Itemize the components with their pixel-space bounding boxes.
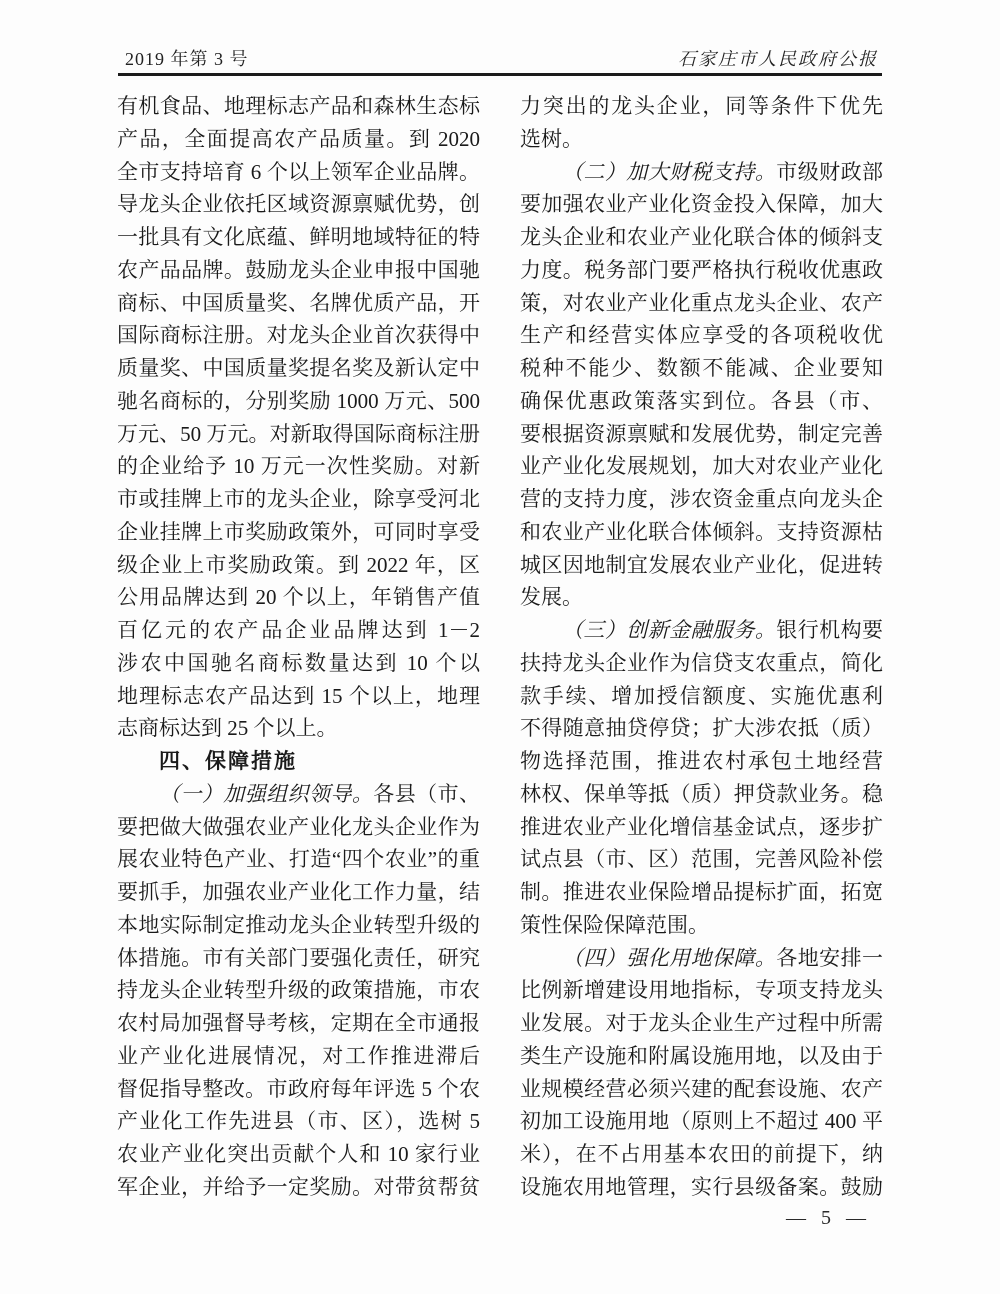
text-line: 涉农中国驰名商标数量达到 10 个以上，	[117, 647, 480, 680]
text-segment-song: 一批具有文化底蕴、鲜明地域特征的特色	[117, 225, 480, 254]
text-line: 的企业给予 10 万元一次性奖励。对新上	[117, 450, 480, 483]
text-line: 志商标达到 25 个以上。	[117, 712, 480, 745]
text-segment-song: 公用品牌达到 20 个以上，年销售产值超	[117, 585, 480, 614]
text-line: 林权、保单等抵（质）押贷款业务。稳步	[520, 778, 883, 811]
text-line: 力突出的龙头企业，同等条件下优先	[520, 90, 883, 123]
page-number: — 5 —	[786, 1207, 871, 1230]
text-segment-song: 比例新增建设用地指标，专项支持龙头企	[520, 978, 883, 1007]
text-line: 全市支持培育 6 个以上领军企业品牌。引	[117, 156, 480, 189]
text-segment-kai: （二）加大财税支持。	[562, 160, 776, 184]
text-line: 农村局加强督导考核，定期在全市通报农	[117, 1007, 480, 1040]
text-line: 体措施。市有关部门要强化责任，研究支	[117, 942, 480, 975]
text-segment-song: 商标、中国质量奖、名牌优质产品，开展	[117, 291, 480, 320]
text-segment-song: 设施农用地管理，实行县级备案。鼓励龙	[520, 1175, 883, 1204]
header-rule	[118, 73, 882, 76]
text-segment-song: 有机食品、地理标志产品和森林生态标志	[117, 94, 480, 123]
text-line: 发展。	[520, 581, 883, 614]
text-line: 农业产业化突出贡献个人和 10 家行业领	[117, 1138, 480, 1171]
text-segment-song: 级企业上市奖励政策。到 2022 年，区域	[117, 553, 480, 582]
issue-number: 2019 年第 3 号	[118, 48, 249, 70]
text-segment-song: 涉农中国驰名商标数量达到 10 个以上，	[117, 651, 480, 680]
text-line: 营的支持力度，涉农资金重点向龙头企业	[520, 483, 883, 516]
text-line: 百亿元的农产品企业品牌达到 1－2 个，	[117, 614, 480, 647]
text-line: 驰名商标的，分别奖励 1000 万元、500	[117, 385, 480, 418]
text-segment-song: 万元、50 万元。对新取得国际商标注册	[117, 422, 480, 446]
text-segment-song: 国际商标注册。对龙头企业首次获得中国	[117, 323, 480, 352]
text-segment-song: 要把做大做强农业产业化龙头企业作为发	[117, 815, 480, 844]
text-segment-song: 展农业特色产业、打造“四个农业”的重	[117, 847, 480, 871]
text-segment-song: 农村局加强督导考核，定期在全市通报农	[117, 1011, 480, 1040]
text-line: 业发展。对于龙头企业生产过程中所需各	[520, 1007, 883, 1040]
text-line: （一）加强组织领导。各县（市、区）	[117, 778, 480, 811]
text-segment-song: 不得随意抽贷停贷；扩大涉农抵（质）押	[520, 716, 883, 745]
text-segment-song: 企业挂牌上市奖励政策外，可同时享受市	[117, 520, 480, 549]
text-segment-song: 持龙头企业转型升级的政策措施，市农业	[117, 978, 480, 1007]
text-line: 要把做大做强农业产业化龙头企业作为发	[117, 811, 480, 844]
text-line: 有机食品、地理标志产品和森林生态标志	[117, 90, 480, 123]
text-segment-song: 农业产业化突出贡献个人和 10 家行业领	[117, 1142, 480, 1171]
text-line: 国际商标注册。对龙头企业首次获得中国	[117, 319, 480, 352]
text-segment-song: 制。推进农业保险增品提标扩面，拓宽政	[520, 880, 883, 909]
text-segment-song: 和农业产业化联合体倾斜。支持资源枯竭	[520, 520, 883, 549]
text-segment-song: 要抓手，加强农业产业化工作力量，结合	[117, 880, 480, 909]
text-line: 军企业，并给予一定奖励。对带贫帮贫能	[117, 1171, 480, 1204]
text-line: 本地实际制定推动龙头企业转型升级的具	[117, 909, 480, 942]
text-segment-song: 督促指导整改。市政府每年评选 5 个农业	[117, 1077, 480, 1106]
text-segment-song: 产品，全面提高农产品质量。到 2020 年，	[117, 127, 480, 156]
text-line: 生产和经营实体应享受的各项税收优惠，	[520, 319, 883, 352]
text-segment-song: 市或挂牌上市的龙头企业，除享受河北省	[117, 487, 480, 516]
text-segment-song: 业规模经营必须兴建的配套设施、农产品	[520, 1077, 883, 1106]
text-line: 不得随意抽贷停贷；扩大涉农抵（质）押	[520, 712, 883, 745]
text-line: 物选择范围，推进农村承包土地经营权、	[520, 745, 883, 778]
text-segment-song: 城区因地制宜发展农业产业化，促进转型	[520, 553, 883, 582]
text-segment-song: 产业化工作先进县（市、区），选树 5 个	[117, 1109, 480, 1138]
text-line: 展农业特色产业、打造“四个农业”的重	[117, 843, 480, 876]
text-segment-song: 体措施。市有关部门要强化责任，研究支	[117, 946, 480, 975]
text-line: 制。推进农业保险增品提标扩面，拓宽政	[520, 876, 883, 909]
text-segment-kai: （一）加强组织领导。	[159, 782, 373, 806]
text-line: 业产业化发展规划，加大对农业产业化经	[520, 450, 883, 483]
text-line: 督促指导整改。市政府每年评选 5 个农业	[117, 1073, 480, 1106]
text-segment-song: 税种不能少、数额不能减、企业要知情，	[520, 356, 883, 385]
text-segment-song: 类生产设施和附属设施用地，以及由于农	[520, 1044, 883, 1073]
text-segment-song: 业产业化发展规划，加大对农业产业化经	[520, 454, 883, 483]
text-line: 要抓手，加强农业产业化工作力量，结合	[117, 876, 480, 909]
text-line: 一批具有文化底蕴、鲜明地域特征的特色	[117, 221, 480, 254]
text-line: 设施农用地管理，实行县级备案。鼓励龙	[520, 1171, 883, 1204]
text-segment-song: 物选择范围，推进农村承包土地经营权、	[520, 749, 883, 778]
text-line: 持龙头企业转型升级的政策措施，市农业	[117, 974, 480, 1007]
text-segment-song: 要根据资源禀赋和发展优势，制定完善农	[520, 422, 883, 451]
text-segment-song: 策，对农业产业化重点龙头企业、农产品	[520, 291, 883, 320]
text-line: 力度。税务部门要严格执行税收优惠政	[520, 254, 883, 287]
text-segment-song: 确保优惠政策落实到位。各县（市、区）	[520, 389, 883, 418]
text-line: 推进农业产业化增信基金试点，逐步扩大	[520, 811, 883, 844]
text-line: 要根据资源禀赋和发展优势，制定完善农	[520, 418, 883, 451]
text-segment-song: 志商标达到 25 个以上。	[117, 716, 338, 740]
text-line: （三）创新金融服务。银行机构要把	[520, 614, 883, 647]
text-line: 试点县（市、区）范围，完善风险补偿机	[520, 843, 883, 876]
gazette-title: 石家庄市人民政府公报	[678, 48, 882, 70]
text-line: （四）强化用地保障。各地安排一定	[520, 942, 883, 975]
text-line: 策性保险保障范围。	[520, 909, 883, 942]
text-segment-kai: （三）创新金融服务。	[562, 618, 776, 642]
text-line: 初加工设施用地（原则上不超过 400 平方	[520, 1105, 883, 1138]
text-segment-song: 推进农业产业化增信基金试点，逐步扩大	[520, 815, 883, 844]
text-line: 税种不能少、数额不能减、企业要知情，	[520, 352, 883, 385]
page-header: 2019 年第 3 号 石家庄市人民政府公报	[118, 48, 882, 70]
text-line: 米），在不占用基本农田的前提下，纳入	[520, 1138, 883, 1171]
text-line: 商标、中国质量奖、名牌优质产品，开展	[117, 287, 480, 320]
text-segment-song: 全市支持培育 6 个以上领军企业品牌。引	[117, 160, 480, 189]
text-segment-song: 驰名商标的，分别奖励 1000 万元、500	[117, 389, 480, 413]
text-line: 产品，全面提高农产品质量。到 2020 年，	[117, 123, 480, 156]
text-line: 产业化工作先进县（市、区），选树 5 个	[117, 1105, 480, 1138]
text-line: 比例新增建设用地指标，专项支持龙头企	[520, 974, 883, 1007]
text-line: 城区因地制宜发展农业产业化，促进转型	[520, 549, 883, 582]
text-segment-song: 要加强农业产业化资金投入保障，加大对	[520, 192, 883, 221]
text-line: 业产业化进展情况，对工作推进滞后的，	[117, 1040, 480, 1073]
text-segment-song: 的企业给予 10 万元一次性奖励。对新上	[117, 454, 480, 483]
text-segment-song: 选树。	[520, 127, 583, 151]
text-line: 要加强农业产业化资金投入保障，加大对	[520, 188, 883, 221]
article-body: 有机食品、地理标志产品和森林生态标志产品，全面提高农产品质量。到 2020 年，…	[117, 90, 883, 1204]
text-line: 龙头企业和农业产业化联合体的倾斜支持	[520, 221, 883, 254]
text-segment-hei: 四、保障措施	[159, 750, 297, 773]
text-segment-song: 初加工设施用地（原则上不超过 400 平方	[520, 1109, 883, 1138]
text-line: 农产品品牌。鼓励龙头企业申报中国驰名	[117, 254, 480, 287]
text-segment-song: 款手续、增加授信额度、实施优惠利率，	[520, 684, 883, 713]
text-segment-song: 军企业，并给予一定奖励。对带贫帮贫能	[117, 1175, 480, 1204]
text-line: 企业挂牌上市奖励政策外，可同时享受市	[117, 516, 480, 549]
text-segment-song: 米），在不占用基本农田的前提下，纳入	[520, 1142, 883, 1171]
right-column: 力突出的龙头企业，同等条件下优先选树。（二）加大财税支持。市级财政部门要加强农业…	[520, 90, 883, 1204]
text-segment-song: 发展。	[520, 585, 583, 609]
text-segment-song: 生产和经营实体应享受的各项税收优惠，	[520, 323, 883, 352]
text-segment-kai: （四）强化用地保障。	[562, 946, 776, 970]
text-line: 策，对农业产业化重点龙头企业、农产品	[520, 287, 883, 320]
text-segment-song: 业产业化进展情况，对工作推进滞后的，	[117, 1044, 480, 1073]
text-line: 质量奖、中国质量奖提名奖及新认定中国	[117, 352, 480, 385]
text-line: 级企业上市奖励政策。到 2022 年，区域	[117, 549, 480, 582]
text-segment-song: 地理标志农产品达到 15 个以上，地理标	[117, 684, 480, 713]
text-line: 公用品牌达到 20 个以上，年销售产值超	[117, 581, 480, 614]
text-line: 地理标志农产品达到 15 个以上，地理标	[117, 680, 480, 713]
text-segment-song: 力度。税务部门要严格执行税收优惠政	[520, 258, 883, 282]
text-segment-song: 本地实际制定推动龙头企业转型升级的具	[117, 913, 480, 942]
text-segment-song: 导龙头企业依托区域资源禀赋优势，创建	[117, 192, 480, 221]
text-line: 导龙头企业依托区域资源禀赋优势，创建	[117, 188, 480, 221]
text-line: 类生产设施和附属设施用地，以及由于农	[520, 1040, 883, 1073]
text-segment-song: 业发展。对于龙头企业生产过程中所需各	[520, 1011, 883, 1040]
text-segment-song: 扶持龙头企业作为信贷支农重点，简化贷	[520, 651, 883, 680]
text-line: 扶持龙头企业作为信贷支农重点，简化贷	[520, 647, 883, 680]
text-segment-song: 力突出的龙头企业，同等条件下优先	[520, 94, 883, 118]
left-column: 有机食品、地理标志产品和森林生态标志产品，全面提高农产品质量。到 2020 年，…	[117, 90, 480, 1204]
text-line: 和农业产业化联合体倾斜。支持资源枯竭	[520, 516, 883, 549]
text-segment-song: 营的支持力度，涉农资金重点向龙头企业	[520, 487, 883, 516]
text-line: 四、保障措施	[117, 745, 480, 778]
text-line: 万元、50 万元。对新取得国际商标注册	[117, 418, 480, 451]
text-line: 款手续、增加授信额度、实施优惠利率，	[520, 680, 883, 713]
text-line: 选树。	[520, 123, 883, 156]
text-segment-song: 农产品品牌。鼓励龙头企业申报中国驰名	[117, 258, 480, 287]
text-line: 确保优惠政策落实到位。各县（市、区）	[520, 385, 883, 418]
text-segment-song: 龙头企业和农业产业化联合体的倾斜支持	[520, 225, 883, 254]
text-line: （二）加大财税支持。市级财政部门	[520, 156, 883, 189]
text-segment-song: 质量奖、中国质量奖提名奖及新认定中国	[117, 356, 480, 385]
text-segment-song: 策性保险保障范围。	[520, 913, 709, 937]
text-line: 市或挂牌上市的龙头企业，除享受河北省	[117, 483, 480, 516]
text-segment-song: 林权、保单等抵（质）押贷款业务。稳步	[520, 782, 883, 811]
gazette-page: 2019 年第 3 号 石家庄市人民政府公报 有机食品、地理标志产品和森林生态标…	[0, 0, 1000, 1294]
text-segment-song: 百亿元的农产品企业品牌达到 1－2 个，	[117, 618, 480, 647]
text-segment-song: 试点县（市、区）范围，完善风险补偿机	[520, 847, 883, 876]
text-line: 业规模经营必须兴建的配套设施、农产品	[520, 1073, 883, 1106]
